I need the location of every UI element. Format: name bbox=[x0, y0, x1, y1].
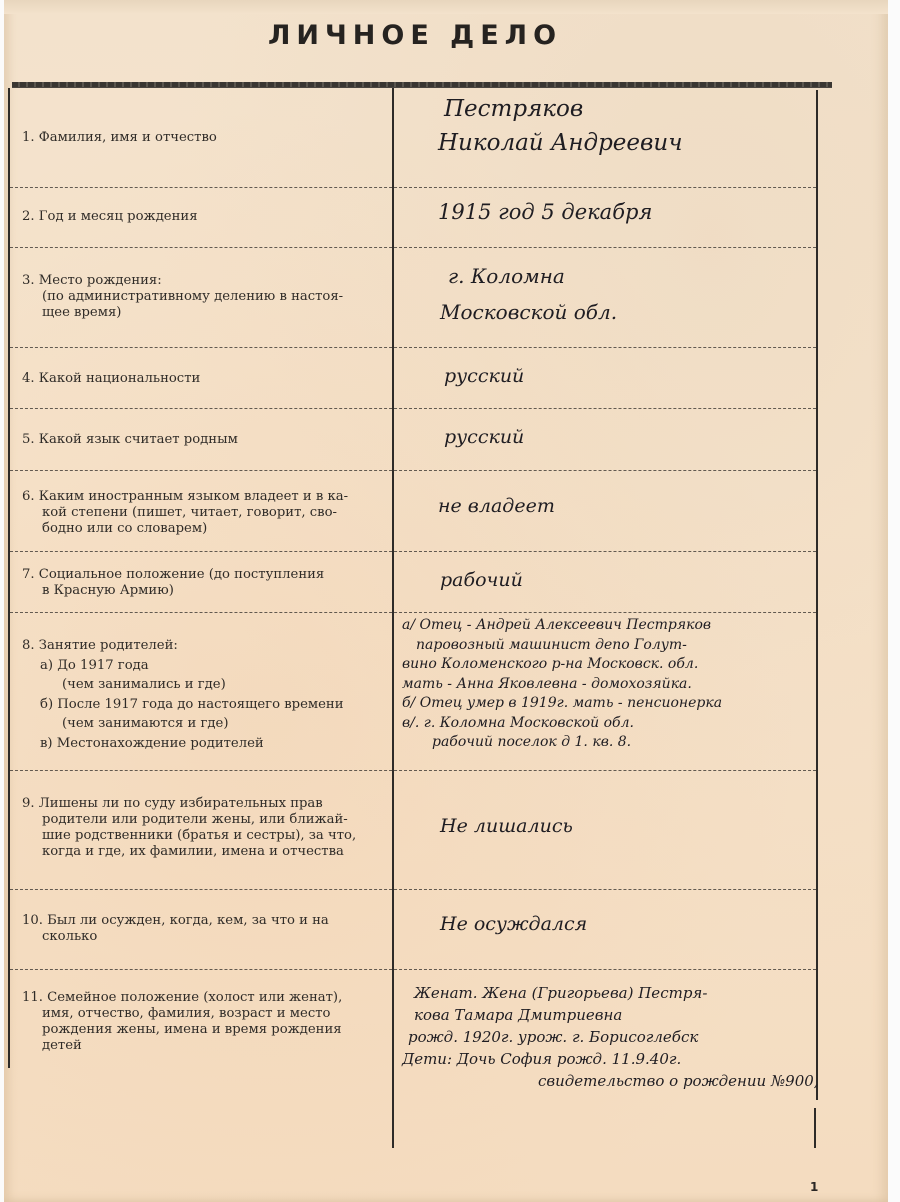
label-line: 7. Социальное положение (до поступления bbox=[22, 567, 324, 582]
label-line: шие родственники (братья и сестры), за ч… bbox=[22, 828, 384, 844]
answer-line: Пестряков bbox=[402, 92, 814, 126]
field-label-full-name: 1. Фамилия, имя и отчество bbox=[22, 130, 384, 146]
row-divider bbox=[10, 247, 816, 249]
answer-line: паровозный машинист депо Голут- bbox=[402, 636, 814, 656]
field-label-birth-date: 2. Год и месяц рождения bbox=[22, 209, 384, 225]
answer-line: в/. г. Коломна Московской обл. bbox=[402, 714, 814, 734]
field-label-birth-place: 3. Место рождения: (по административному… bbox=[22, 273, 384, 321]
field-label-foreign-languages: 6. Каким иностранным языком владеет и в … bbox=[22, 489, 384, 537]
label-line: бодно или со словарем) bbox=[22, 521, 384, 537]
field-value-family-status: Женат. Жена (Григорьева) Пестря- кова Та… bbox=[402, 982, 814, 1092]
field-value-voting-rights: Не лишались bbox=[402, 814, 814, 838]
answer-line: рожд. 1920г. урож. г. Борисоглебск bbox=[402, 1026, 814, 1048]
row-divider bbox=[10, 889, 816, 891]
label-line: сколько bbox=[22, 929, 384, 945]
label-line: 1. Фамилия, имя и отчество bbox=[22, 130, 217, 145]
label-line: (по административному делению в настоя- bbox=[22, 289, 384, 305]
row-divider bbox=[10, 408, 816, 410]
field-label-social-status: 7. Социальное положение (до поступления … bbox=[22, 567, 384, 599]
paper-top-fold bbox=[4, 0, 888, 14]
row-divider bbox=[10, 551, 816, 553]
field-value-social-status: рабочий bbox=[402, 568, 814, 592]
label-line: рождения жены, имена и время рождения bbox=[22, 1022, 384, 1038]
field-value-native-language: русский bbox=[402, 425, 814, 449]
answer-line: Женат. Жена (Григорьева) Пестря- bbox=[402, 982, 814, 1004]
field-label-native-language: 5. Какой язык считает родным bbox=[22, 432, 384, 448]
label-line: 5. Какой язык считает родным bbox=[22, 432, 238, 447]
field-label-nationality: 4. Какой национальности bbox=[22, 371, 384, 387]
label-line: (чем занимаются и где) bbox=[22, 714, 384, 734]
answer-line: рабочий bbox=[402, 568, 814, 592]
page-number: 1 bbox=[810, 1180, 818, 1194]
field-label-voting-rights: 9. Лишены ли по суду избирательных прав … bbox=[22, 796, 384, 860]
field-value-parents-occupation: а/ Отец - Андрей Алексеевич Пестряков па… bbox=[402, 616, 814, 753]
answer-line: рабочий поселок д 1. кв. 8. bbox=[402, 733, 814, 753]
row-divider bbox=[10, 470, 816, 472]
field-value-convictions: Не осуждался bbox=[402, 912, 814, 936]
label-line: имя, отчество, фамилия, возраст и место bbox=[22, 1006, 384, 1022]
answer-line: вино Коломенского р-на Московск. обл. bbox=[402, 655, 814, 675]
row-divider bbox=[10, 612, 816, 614]
answer-line: Не осуждался bbox=[402, 912, 814, 936]
answer-line: русский bbox=[402, 364, 814, 388]
label-line: 3. Место рождения: bbox=[22, 273, 162, 288]
label-line: в) Местонахождение родителей bbox=[22, 734, 384, 754]
label-line: а) До 1917 года bbox=[22, 656, 384, 676]
row-divider bbox=[10, 770, 816, 772]
answer-line: русский bbox=[402, 425, 814, 449]
table-right-border-tail bbox=[814, 1108, 816, 1148]
field-value-foreign-languages: не владеет bbox=[402, 494, 814, 518]
field-value-birth-date: 1915 год 5 декабря bbox=[402, 200, 814, 224]
label-line: 11. Семейное положение (холост или женат… bbox=[22, 990, 342, 1005]
answer-line: не владеет bbox=[402, 494, 814, 518]
label-line: 8. Занятие родителей: bbox=[22, 638, 178, 653]
document-title: ЛИЧНОЕ ДЕЛО bbox=[0, 20, 830, 51]
field-value-full-name: Пестряков Николай Андреевич bbox=[402, 92, 814, 160]
answer-line: кова Тамара Дмитриевна bbox=[402, 1004, 814, 1026]
answer-line: Не лишались bbox=[402, 814, 814, 838]
label-line: 4. Какой национальности bbox=[22, 371, 200, 386]
label-line: детей bbox=[22, 1038, 384, 1054]
answer-line: Московской обл. bbox=[402, 294, 814, 330]
answer-line: Дети: Дочь София рожд. 11.9.40г. bbox=[402, 1048, 814, 1070]
label-line: щее время) bbox=[22, 305, 384, 321]
label-line: в Красную Армию) bbox=[22, 583, 384, 599]
answer-line: 1915 год 5 декабря bbox=[402, 200, 814, 224]
label-line: б) После 1917 года до настоящего времени bbox=[22, 695, 384, 715]
answer-line: г. Коломна bbox=[402, 258, 814, 294]
label-line: когда и где, их фамилии, имена и отчеств… bbox=[22, 844, 384, 860]
row-divider bbox=[10, 347, 816, 349]
field-value-birth-place: г. Коломна Московской обл. bbox=[402, 258, 814, 330]
answer-line: а/ Отец - Андрей Алексеевич Пестряков bbox=[402, 616, 814, 636]
field-label-parents-occupation: 8. Занятие родителей: а) До 1917 года (ч… bbox=[22, 636, 384, 753]
row-divider bbox=[10, 969, 816, 971]
label-line: 10. Был ли осужден, когда, кем, за что и… bbox=[22, 913, 329, 928]
label-line: родители или родители жены, или ближай- bbox=[22, 812, 384, 828]
field-label-family-status: 11. Семейное положение (холост или женат… bbox=[22, 990, 384, 1054]
table-left-border bbox=[8, 88, 10, 1068]
answer-line: б/ Отец умер в 1919г. мать - пенсионерка bbox=[402, 694, 814, 714]
answer-line: свидетельство о рождении №900, bbox=[402, 1070, 814, 1092]
row-divider bbox=[10, 187, 816, 189]
answer-line: мать - Анна Яковлевна - домохозяйка. bbox=[402, 675, 814, 695]
answer-line: Николай Андреевич bbox=[402, 126, 814, 160]
field-value-nationality: русский bbox=[402, 364, 814, 388]
field-label-convictions: 10. Был ли осужден, когда, кем, за что и… bbox=[22, 913, 384, 945]
label-line: 9. Лишены ли по суду избирательных прав bbox=[22, 796, 323, 811]
label-line: (чем занимались и где) bbox=[22, 675, 384, 695]
table-top-border bbox=[12, 82, 832, 88]
label-line: кой степени (пишет, читает, говорит, сво… bbox=[22, 505, 384, 521]
label-line: 2. Год и месяц рождения bbox=[22, 209, 198, 224]
table-right-border bbox=[816, 90, 818, 1100]
label-line: 6. Каким иностранным языком владеет и в … bbox=[22, 489, 348, 504]
